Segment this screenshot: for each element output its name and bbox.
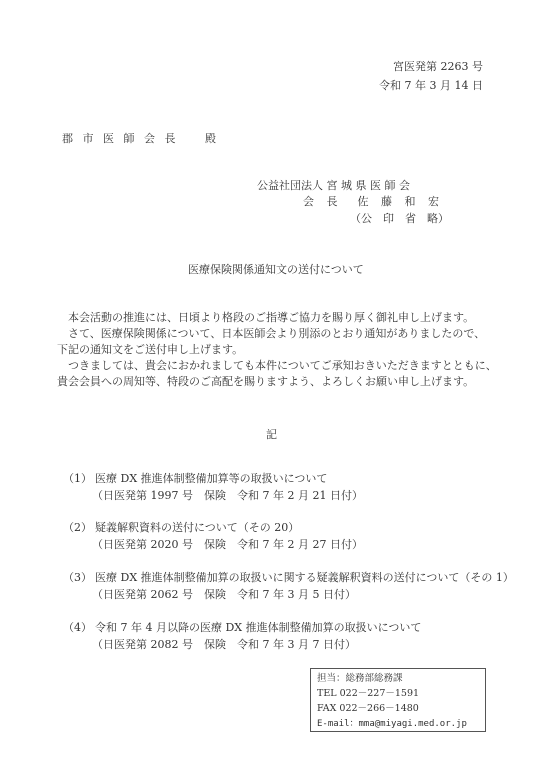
- body-line-5: 貴会会員への周知等、特段のご高配を賜りますよう、よろしくお願い申し上げます。: [57, 375, 474, 389]
- item-number: （4）: [63, 621, 92, 635]
- seal-omitted-note: （公 印 省 略）: [350, 212, 449, 226]
- body-line-1: 本会活動の推進には、日頃より格段のご指導ご協力を賜り厚く御礼申し上げます。: [57, 311, 474, 325]
- body-line-4: つきましては、貴会におかれましても本件についてご承知おきいただきますとともに、: [57, 359, 497, 373]
- item-number: （2）: [63, 521, 92, 535]
- contact-box: 担当：総務部総務課 TEL 022－227－1591 FAX 022－266－1…: [310, 668, 486, 732]
- body-line-3: 下記の通知文をご送付申し上げます。: [57, 343, 243, 357]
- subject-title: 医療保険関係通知文の送付について: [188, 263, 364, 277]
- addressee-honorific: 殿: [205, 132, 216, 146]
- contact-department: 担当：総務部総務課: [317, 673, 403, 685]
- contact-fax: FAX 022－266－1480: [317, 703, 419, 715]
- item-reference: （日医発第 2062 号 保険 令和 7 年 3 月 5 日付）: [92, 588, 356, 602]
- addressee-name: 郡市医師会長: [62, 132, 185, 146]
- item-number: （1）: [63, 472, 92, 486]
- body-line-2: さて、医療保険関係について、日本医師会より別添のとおり通知がありましたので、: [57, 327, 485, 341]
- ki-heading: 記: [266, 428, 277, 442]
- item-reference: （日医発第 1997 号 保険 令和 7 年 2 月 21 日付）: [92, 489, 363, 503]
- contact-email[interactable]: E-mail：mma@miyagi.med.or.jp: [317, 718, 467, 730]
- document-date: 令和 7 年 3 月 14 日: [379, 79, 483, 93]
- contact-tel: TEL 022－227－1591: [317, 688, 419, 700]
- item-reference: （日医発第 2082 号 保険 令和 7 年 3 月 7 日付）: [92, 638, 356, 652]
- document-number: 宮医発第 2263 号: [393, 60, 483, 74]
- item-title: 医療 DX 推進体制整備加算の取扱いに関する疑義解釈資料の送付について（その 1…: [95, 571, 514, 585]
- item-title: 令和 7 年 4 月以降の医療 DX 推進体制整備加算の取扱いについて: [95, 621, 421, 635]
- sender-organization: 公益社団法人 宮 城 県 医 師 会: [257, 179, 410, 193]
- item-reference: （日医発第 2020 号 保険 令和 7 年 2 月 27 日付）: [92, 538, 363, 552]
- item-number: （3）: [63, 571, 92, 585]
- sender-title-name: 会 長 佐 藤 和 宏: [303, 195, 444, 209]
- item-title: 医療 DX 推進体制整備加算等の取扱いについて: [95, 472, 327, 486]
- item-title: 疑義解釈資料の送付について（その 20）: [95, 521, 299, 535]
